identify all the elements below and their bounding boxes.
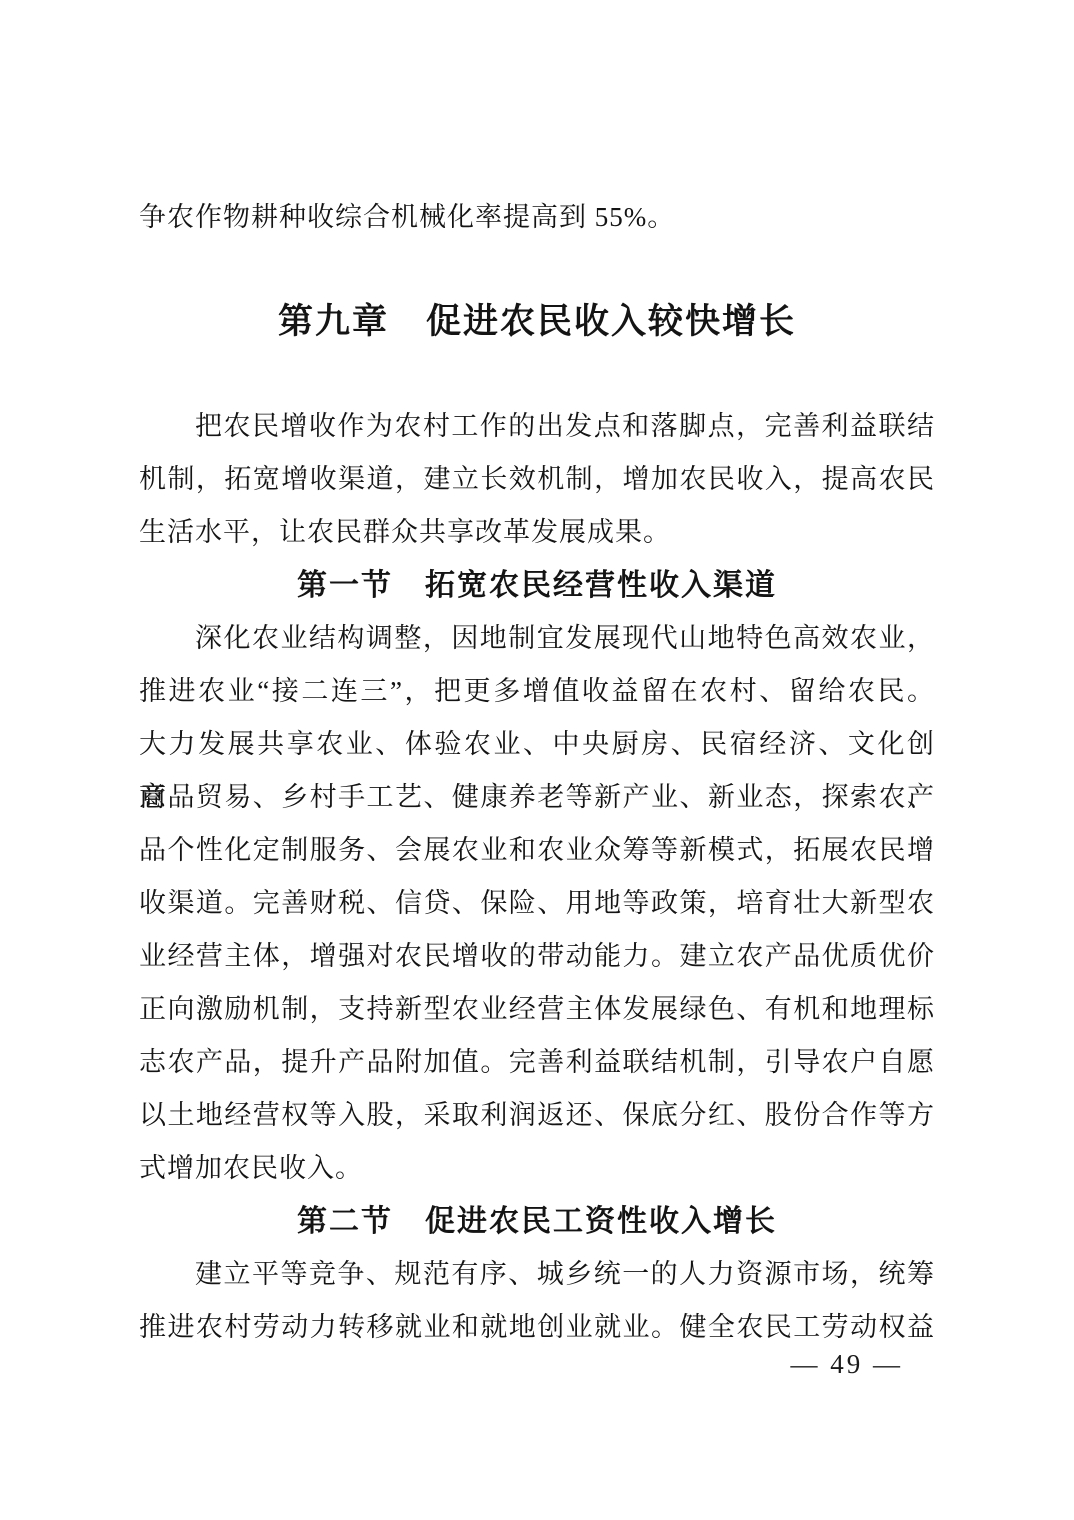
section-1-heading: 第一节 拓宽农民经营性收入渠道 bbox=[139, 559, 935, 612]
page-number: — 49 — bbox=[791, 1348, 904, 1380]
body-line: 生活水平，让农民群众共享改革发展成果。 bbox=[139, 506, 935, 559]
body-line: 正向激励机制，支持新型农业经营主体发展绿色、有机和地理标 bbox=[139, 983, 935, 1036]
page-body: 争农作物耕种收综合机械化率提高到 55%。 第九章 促进农民收入较快增长 把农民… bbox=[139, 0, 935, 1354]
body-line: 机制，拓宽增收渠道，建立长效机制，增加农民收入，提高农民 bbox=[139, 453, 935, 506]
body-line: 业经营主体，增强对农民增收的带动能力。建立农产品优质优价 bbox=[139, 930, 935, 983]
body-line: 大力发展共享农业、体验农业、中央厨房、民宿经济、文化创意、 bbox=[139, 718, 935, 771]
body-line: 建立平等竞争、规范有序、城乡统一的人力资源市场，统筹 bbox=[139, 1248, 935, 1301]
body-line: 收渠道。完善财税、信贷、保险、用地等政策，培育壮大新型农 bbox=[139, 877, 935, 930]
section-2-heading: 第二节 促进农民工资性收入增长 bbox=[139, 1195, 935, 1248]
chapter-heading: 第九章 促进农民收入较快增长 bbox=[139, 294, 935, 350]
document-page: 争农作物耕种收综合机械化率提高到 55%。 第九章 促进农民收入较快增长 把农民… bbox=[0, 0, 1074, 1520]
body-line: 推进农业“接二连三”，把更多增值收益留在农村、留给农民。 bbox=[139, 665, 935, 718]
body-line: 争农作物耕种收综合机械化率提高到 55%。 bbox=[139, 191, 935, 244]
body-line: 以土地经营权等入股，采取利润返还、保底分红、股份合作等方 bbox=[139, 1089, 935, 1142]
body-line: 商品贸易、乡村手工艺、健康养老等新产业、新业态，探索农产 bbox=[139, 771, 935, 824]
body-line: 式增加农民收入。 bbox=[139, 1142, 935, 1195]
body-line: 志农产品，提升产品附加值。完善利益联结机制，引导农户自愿 bbox=[139, 1036, 935, 1089]
body-line: 把农民增收作为农村工作的出发点和落脚点，完善利益联结 bbox=[139, 400, 935, 453]
body-line: 深化农业结构调整，因地制宜发展现代山地特色高效农业， bbox=[139, 612, 935, 665]
body-line: 品个性化定制服务、会展农业和农业众筹等新模式，拓展农民增 bbox=[139, 824, 935, 877]
body-line: 推进农村劳动力转移就业和就地创业就业。健全农民工劳动权益 bbox=[139, 1301, 935, 1354]
